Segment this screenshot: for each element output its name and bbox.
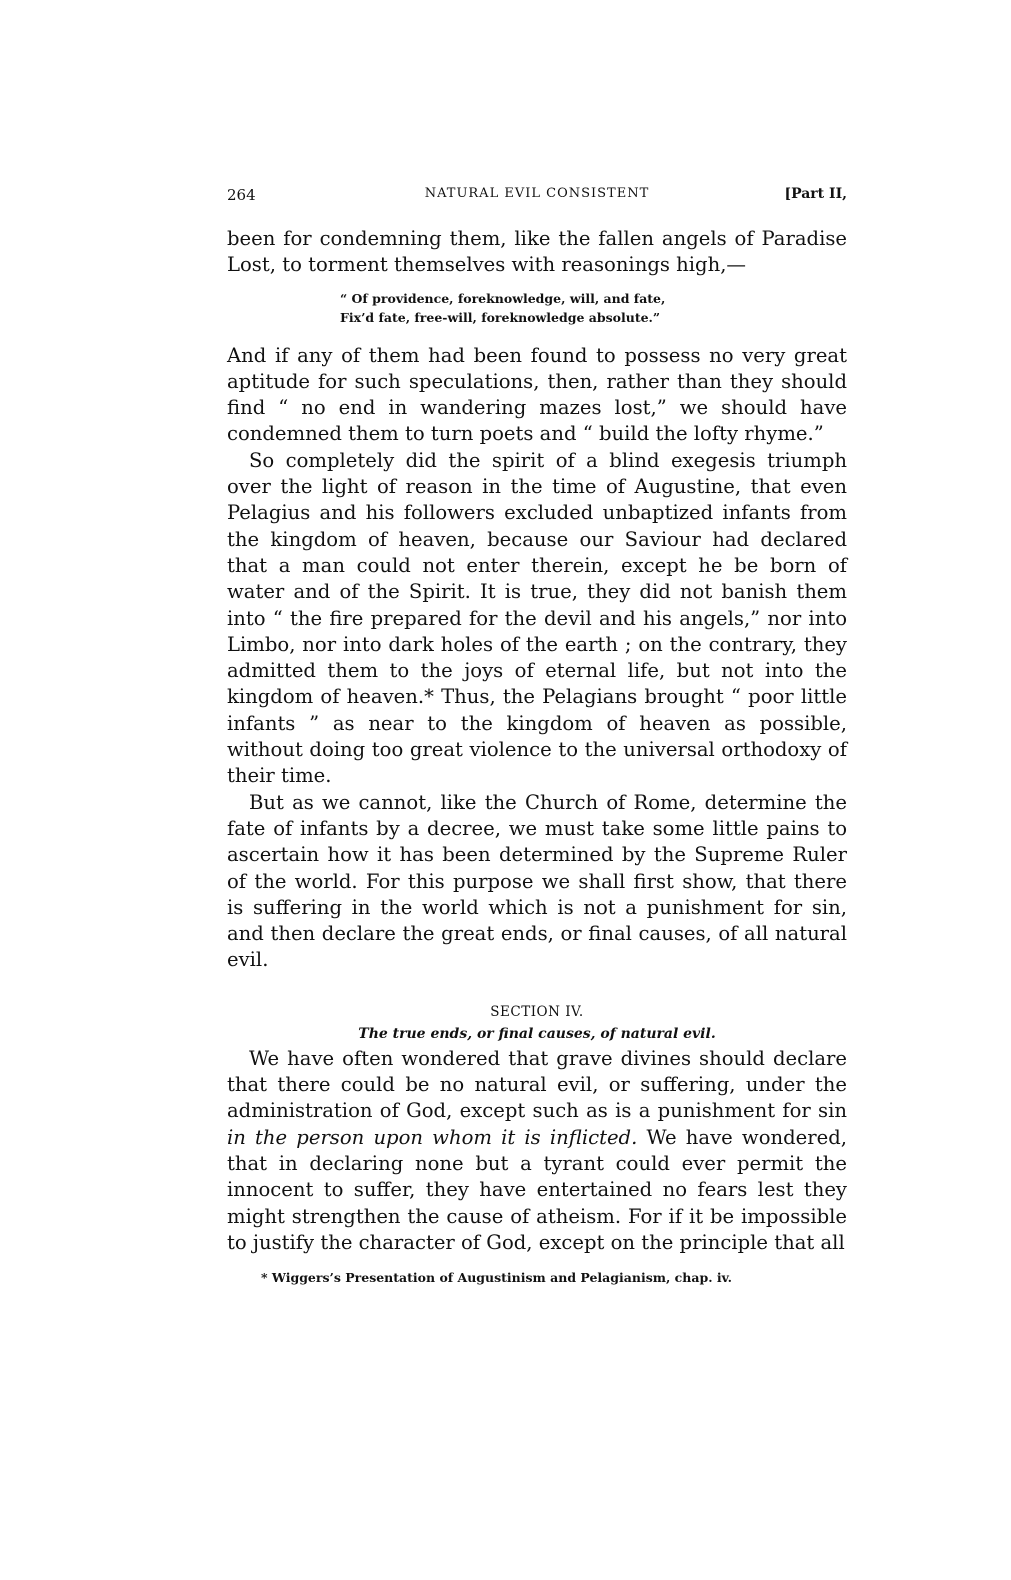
verse-quote: “ Of providence, foreknowledge, will, an… <box>340 289 847 327</box>
footnote: * Wiggers’s Presentation of Augustinism … <box>261 1270 847 1285</box>
running-title: NATURAL EVIL CONSISTENT <box>227 186 847 201</box>
paragraph-1: been for condemning them, like the falle… <box>227 226 847 279</box>
section-subtitle: The true ends, or final causes, of natur… <box>227 1026 847 1042</box>
body-text-main: And if any of them had been found to pos… <box>227 343 847 974</box>
paragraph-2: And if any of them had been found to pos… <box>227 343 847 448</box>
paragraph-5-italic: in the person upon whom it is inflicted. <box>227 1126 637 1149</box>
part-label: [Part II, <box>784 186 847 202</box>
paragraph-4: But as we cannot, like the Church of Rom… <box>227 790 847 974</box>
body-text-section: We have often wondered that grave divine… <box>227 1046 847 1256</box>
body-text: been for condemning them, like the falle… <box>227 226 847 279</box>
paragraph-5-start: We have often wondered that grave divine… <box>227 1047 847 1123</box>
running-header: 264 NATURAL EVIL CONSISTENT [Part II, <box>227 186 847 210</box>
section-heading: SECTION IV. <box>227 1004 847 1020</box>
verse-line-2: Fix’d fate, free-will, foreknowledge abs… <box>340 308 847 327</box>
book-page: 264 NATURAL EVIL CONSISTENT [Part II, be… <box>227 186 847 1285</box>
paragraph-5: We have often wondered that grave divine… <box>227 1046 847 1256</box>
paragraph-3: So completely did the spirit of a blind … <box>227 448 847 790</box>
verse-line-1: “ Of providence, foreknowledge, will, an… <box>340 289 847 308</box>
